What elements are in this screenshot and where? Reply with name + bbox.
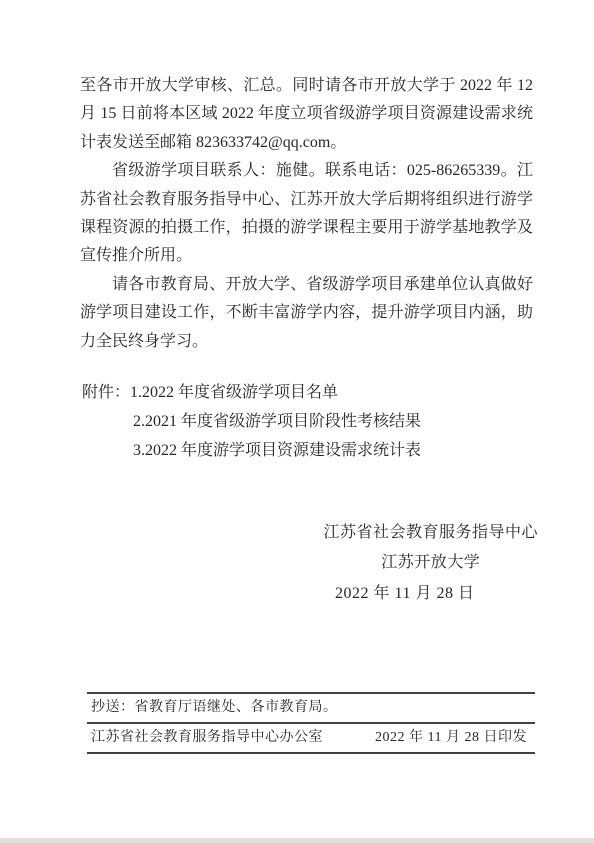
- document-page: 至各市开放大学审核、汇总。同时请各市开放大学于 2022 年 12 月 15 日…: [0, 0, 594, 843]
- attachments-block: 附件：1.2022 年度省级游学项目名单 2.2021 年度省级游学项目阶段性考…: [82, 378, 533, 465]
- signature-org-primary: 江苏省社会教育服务指导中心: [323, 518, 538, 548]
- text-line: 请各市教育局、开放大学、省级游学项目承建单位认真做好: [80, 271, 533, 299]
- issuer-line: 江苏省社会教育服务指导中心办公室 2022 年 11 月 28 日印发: [87, 724, 535, 752]
- print-date: 2022 年 11 月 28 日印发: [375, 724, 527, 752]
- signature-date: 2022 年 11 月 28 日: [297, 579, 512, 609]
- text-line: 游学项目建设工作，不断丰富游学内容，提升游学项目内涵，助: [80, 299, 533, 327]
- text-line: 苏省社会教育服务指导中心、江苏开放大学后期将组织进行游学: [80, 186, 533, 214]
- body-paragraph-2: 省级游学项目联系人：施健。联系电话：025-86265339。江 苏省社会教育服…: [80, 157, 533, 271]
- attachments-label-line: 附件：1.2022 年度省级游学项目名单: [82, 378, 533, 407]
- document-body: 至各市开放大学审核、汇总。同时请各市开放大学于 2022 年 12 月 15 日…: [80, 72, 533, 356]
- attachment-item: 3.2022 年度游学项目资源建设需求统计表: [82, 436, 533, 465]
- colophon: 抄送：省教育厅语继处、各市教育局。 江苏省社会教育服务指导中心办公室 2022 …: [87, 692, 535, 754]
- text-line: 力全民终身学习。: [80, 328, 533, 356]
- text-line: 宣传推介所用。: [80, 242, 533, 270]
- colophon-rule-bottom: [87, 752, 535, 754]
- body-paragraph-3: 请各市教育局、开放大学、省级游学项目承建单位认真做好 游学项目建设工作，不断丰富…: [80, 271, 533, 356]
- text-line: 省级游学项目联系人：施健。联系电话：025-86265339。江: [80, 157, 533, 185]
- body-paragraph-1: 至各市开放大学审核、汇总。同时请各市开放大学于 2022 年 12 月 15 日…: [80, 72, 533, 157]
- cc-line: 抄送：省教育厅语继处、各市教育局。: [87, 694, 535, 722]
- text-line: 计表发送至邮箱 823633742@qq.com。: [80, 129, 533, 157]
- signature-block: 江苏省社会教育服务指导中心 江苏开放大学 2022 年 11 月 28 日: [323, 518, 538, 609]
- page-bottom-edge: [0, 838, 594, 843]
- issuer-name: 江苏省社会教育服务指导中心办公室: [91, 724, 323, 752]
- text-line: 至各市开放大学审核、汇总。同时请各市开放大学于 2022 年 12: [80, 72, 533, 100]
- text-line: 月 15 日前将本区域 2022 年度立项省级游学项目资源建设需求统: [80, 100, 533, 128]
- attachment-item: 2.2021 年度省级游学项目阶段性考核结果: [82, 407, 533, 436]
- text-line: 课程资源的拍摄工作，拍摄的游学课程主要用于游学基地教学及: [80, 214, 533, 242]
- signature-org-secondary: 江苏开放大学: [323, 548, 538, 578]
